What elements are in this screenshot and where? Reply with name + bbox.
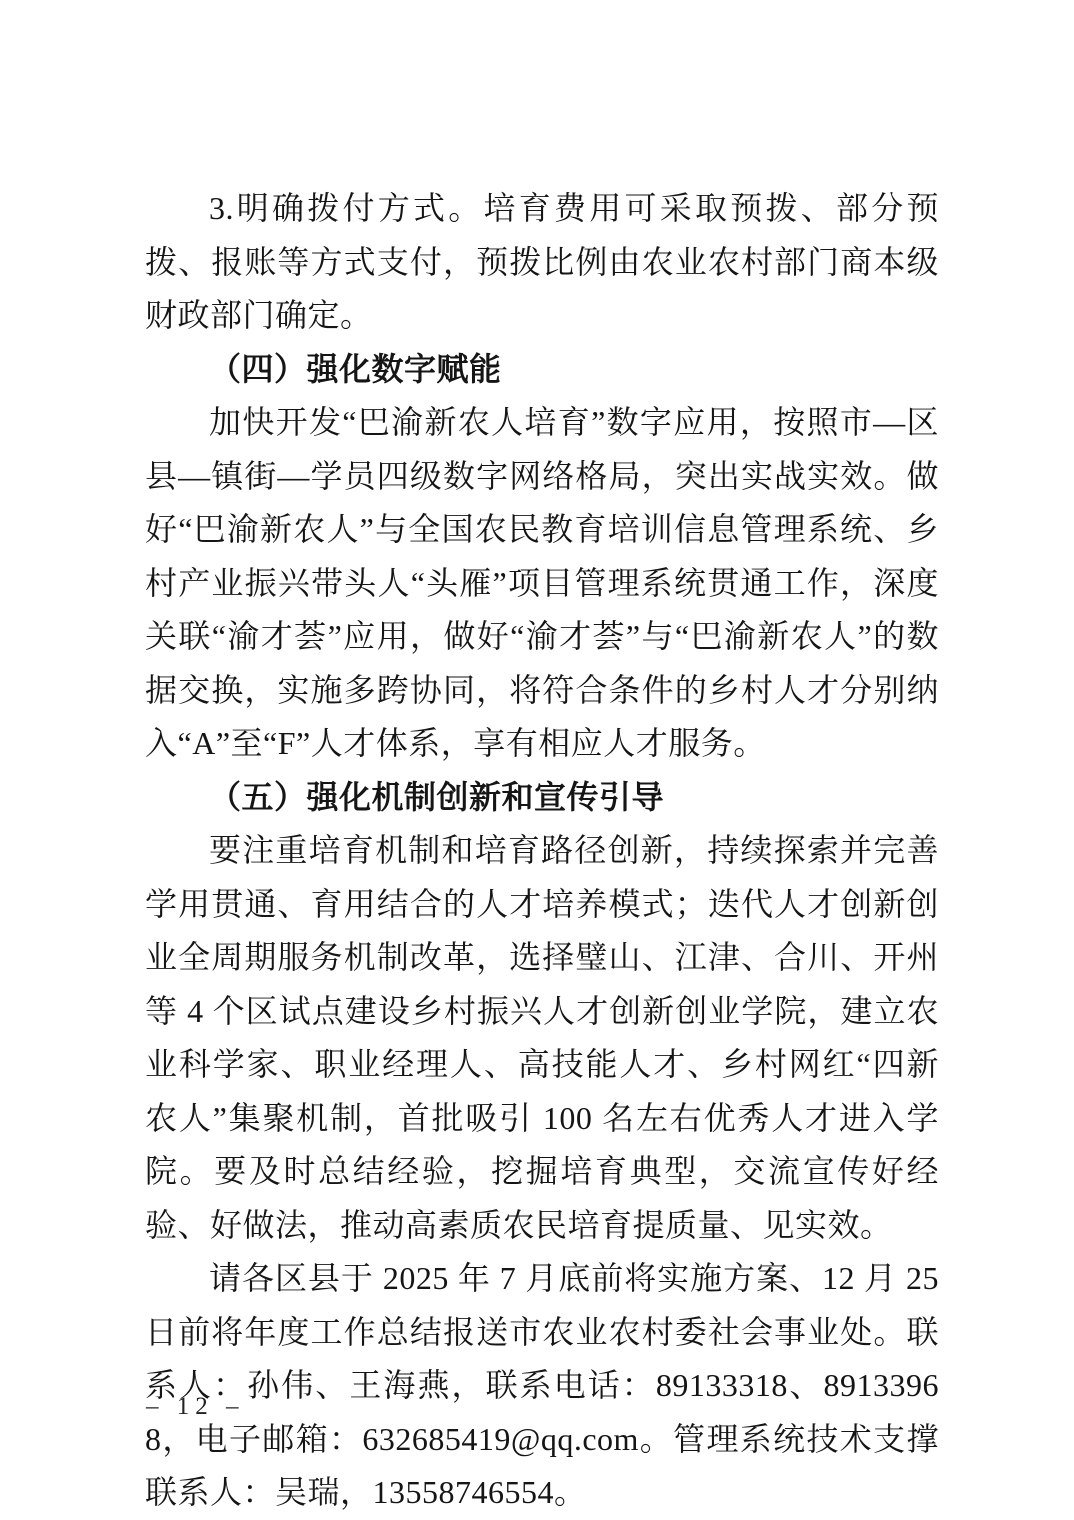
document-body: 3.明确拨付方式。培育费用可采取预拨、部分预拨、报账等方式支付，预拨比例由农业农… [145, 182, 939, 1520]
section-heading-4-digital-empowerment: （四）强化数字赋能 [145, 343, 939, 397]
page-number: – 12 – [146, 1393, 245, 1421]
document-page: 3.明确拨付方式。培育费用可采取预拨、部分预拨、报账等方式支付，预拨比例由农业农… [0, 0, 1074, 1520]
paragraph-payment-method: 3.明确拨付方式。培育费用可采取预拨、部分预拨、报账等方式支付，预拨比例由农业农… [145, 182, 939, 343]
paragraph-digital-application: 加快开发“巴渝新农人培育”数字应用，按照市—区县—镇街—学员四级数字网络格局，突… [145, 396, 939, 771]
paragraph-submission-contacts: 请各区县于 2025 年 7 月底前将实施方案、12 月 25 日前将年度工作总… [145, 1252, 939, 1520]
section-heading-5-mechanism-innovation: （五）强化机制创新和宣传引导 [145, 771, 939, 825]
paragraph-mechanism-innovation: 要注重培育机制和培育路径创新，持续探索并完善学用贯通、育用结合的人才培养模式；迭… [145, 824, 939, 1252]
